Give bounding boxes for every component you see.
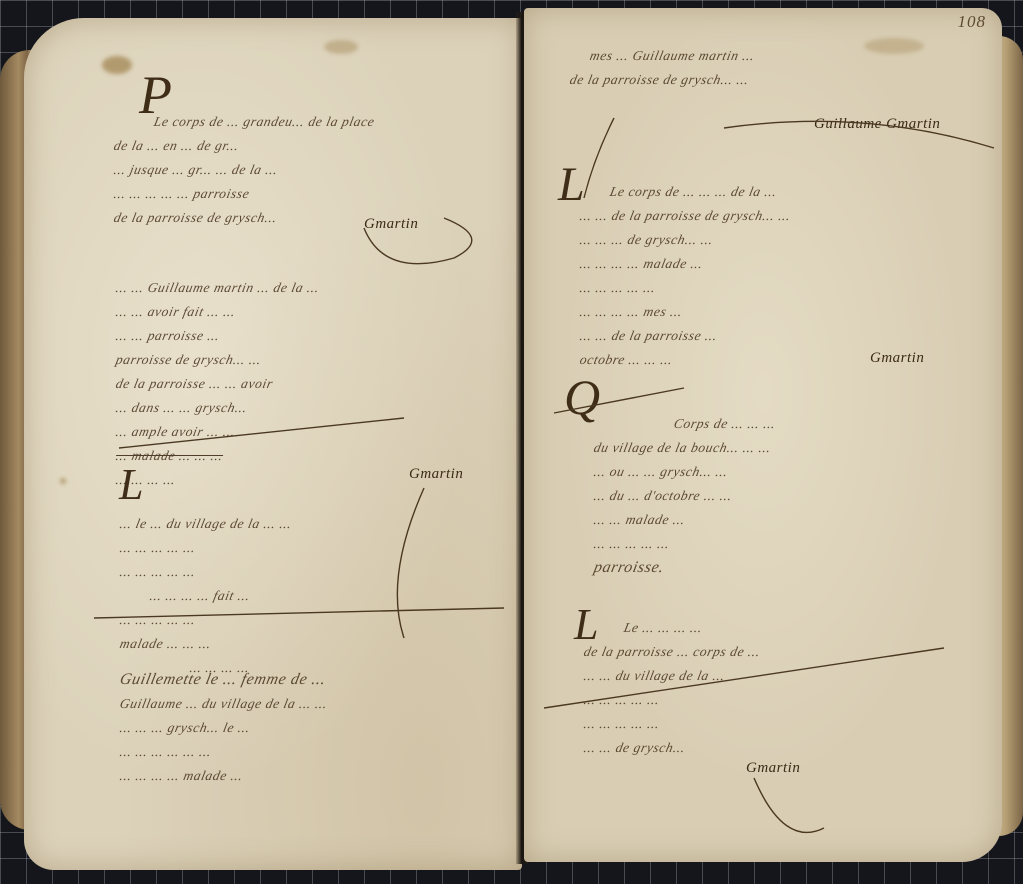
text-line: ... ... ... ... bbox=[113, 468, 321, 492]
text-line: parroisse. bbox=[591, 556, 778, 580]
burial-entry: Corps de ... ... ... du village de la bo… bbox=[594, 412, 776, 580]
ink-spot bbox=[60, 478, 66, 484]
text-line: ... ... ... ... ... parroisse bbox=[111, 182, 376, 206]
text-line: ... ... ... ... ... ... bbox=[117, 740, 329, 764]
text-line: ... ... ... ... ... bbox=[117, 608, 294, 632]
burial-entry: ... ... Guillaume martin ... de la ... .… bbox=[116, 276, 319, 492]
text-line: Le ... ... ... ... bbox=[581, 616, 762, 640]
text-line: mes ... Guillaume martin ... bbox=[567, 44, 757, 68]
text-line: ... le ... du village de la ... ... bbox=[117, 512, 294, 536]
text-line: ... ... ... ... mes ... bbox=[577, 300, 793, 324]
text-line: du village de la bouch... ... ... bbox=[591, 436, 778, 460]
text-line: ... ... parroisse ... bbox=[113, 324, 321, 348]
text-line: ... ... ... ... ... bbox=[581, 712, 762, 736]
signature: Gmartin bbox=[409, 466, 463, 483]
text-line: Le corps de ... grandeu... de la place bbox=[111, 110, 376, 134]
text-line: ... ... avoir fait ... ... bbox=[113, 300, 321, 324]
ink-stain bbox=[864, 38, 924, 54]
burial-entry: Le corps de ... ... ... de la ... ... ..… bbox=[580, 180, 791, 372]
text-line: de la parroisse ... corps de ... bbox=[581, 640, 762, 664]
text-line: ... ... ... ... malade ... bbox=[117, 764, 329, 788]
signature: Gmartin bbox=[364, 216, 418, 233]
ink-stain bbox=[102, 56, 132, 74]
burial-entry: Guillemette le ... femme de ... Guillaum… bbox=[120, 668, 327, 788]
text-line: ... ... Guillaume martin ... de la ... bbox=[113, 276, 321, 300]
text-line: ... ... ... ... ... bbox=[591, 532, 778, 556]
text-line: de la ... en ... de gr... bbox=[111, 134, 376, 158]
text-line: parroisse de grysch... ... bbox=[113, 348, 321, 372]
text-line: ... ... de la parroisse ... bbox=[577, 324, 793, 348]
folio-number: 108 bbox=[958, 12, 987, 32]
text-line: Corps de ... ... ... bbox=[591, 412, 778, 436]
text-line: ... dans ... ... grysch... bbox=[113, 396, 321, 420]
text-line: ... ... ... ... fait ... bbox=[117, 584, 294, 608]
text-line: ... ... ... de grysch... ... bbox=[577, 228, 793, 252]
text-line: ... ... du village de la ... bbox=[581, 664, 762, 688]
text-line: ... ... ... grysch... le ... bbox=[117, 716, 329, 740]
signature: Gmartin bbox=[870, 350, 924, 367]
text-line: ... ... de grysch... bbox=[581, 736, 762, 760]
text-line: ... ... de la parroisse de grysch... ... bbox=[577, 204, 793, 228]
left-page: P Le corps de ... grandeu... de la place… bbox=[24, 18, 522, 870]
text-line: ... ... ... ... ... bbox=[581, 688, 762, 712]
text-line: ... jusque ... gr... ... de la ... bbox=[111, 158, 376, 182]
text-line: ... ... ... ... ... bbox=[117, 560, 294, 584]
burial-entry: ... le ... du village de la ... ... ... … bbox=[120, 512, 292, 680]
text-line: ... ample avoir ... ... bbox=[113, 420, 321, 444]
text-line: ... ... ... ... ... bbox=[117, 536, 294, 560]
text-line: de la parroisse de grysch... ... bbox=[567, 68, 757, 92]
open-register-book: P Le corps de ... grandeu... de la place… bbox=[0, 0, 1023, 884]
text-line: octobre ... ... ... bbox=[577, 348, 793, 372]
text-line: ... du ... d'octobre ... ... bbox=[591, 484, 778, 508]
ink-stain bbox=[324, 40, 358, 54]
text-line: Guillaume ... du village de la ... ... bbox=[117, 692, 329, 716]
right-page: 108 mes ... Guillaume martin ... de la p… bbox=[524, 8, 1002, 862]
burial-entry: Le ... ... ... ... de la parroisse ... c… bbox=[584, 616, 760, 760]
text-line: ... ou ... ... grysch... ... bbox=[591, 460, 778, 484]
text-line: malade ... ... ... bbox=[117, 632, 294, 656]
text-line: Guillemette le ... femme de ... bbox=[117, 668, 329, 692]
text-line: de la parroisse de grysch... bbox=[111, 206, 376, 230]
text-line: Le corps de ... ... ... de la ... bbox=[577, 180, 793, 204]
text-line: ... ... ... ... ... bbox=[577, 276, 793, 300]
text-line: ... ... malade ... bbox=[591, 508, 778, 532]
signature: Gmartin bbox=[746, 760, 800, 777]
burial-entry: mes ... Guillaume martin ... de la parro… bbox=[570, 44, 755, 92]
text-line: ... malade ... ... ... bbox=[113, 444, 321, 468]
entry-initial: L bbox=[119, 458, 143, 512]
text-line: ... ... ... ... malade ... bbox=[577, 252, 793, 276]
signature: Guillaume Gmartin bbox=[814, 116, 940, 133]
burial-entry: Le corps de ... grandeu... de la place d… bbox=[114, 110, 374, 230]
text-line: de la parroisse ... ... avoir bbox=[113, 372, 321, 396]
